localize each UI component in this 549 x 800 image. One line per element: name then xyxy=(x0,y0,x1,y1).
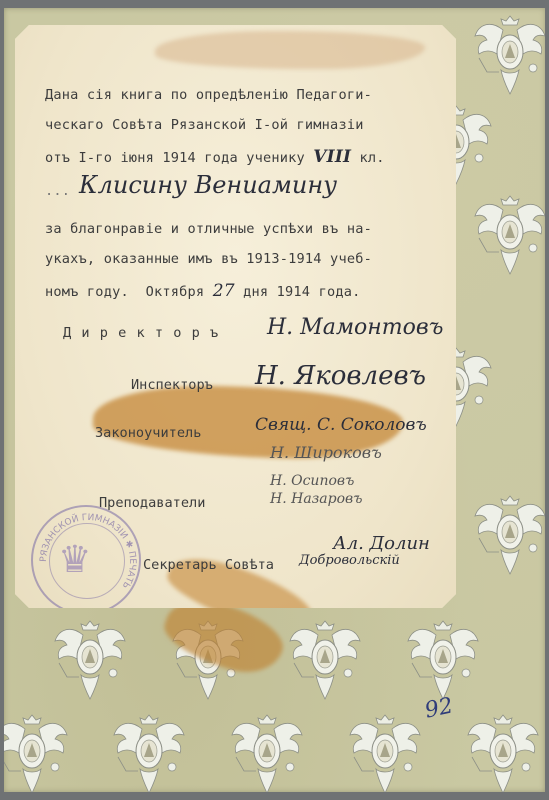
inspector-signature: Н. Яковлевъ xyxy=(255,361,426,391)
recipient-dots: ... xyxy=(45,183,70,199)
eagle-emblem-icon xyxy=(466,713,540,792)
archive-page-number: 92 xyxy=(423,693,456,723)
secretary-signature: Добровольскій xyxy=(299,553,400,568)
certificate-sheet: Дана сія книга по опредѣленію Педагоги- … xyxy=(15,25,456,608)
eagle-emblem-icon xyxy=(348,713,422,792)
teacher-signature-4: Ал. Долин xyxy=(333,533,430,554)
eagle-emblem-icon xyxy=(288,619,362,703)
date-prefix: номъ году. Октября xyxy=(45,284,213,300)
body-line-1: Дана сія книга по опредѣленію Педагоги- xyxy=(45,87,372,103)
teacher-signature-1: Н. Широковъ xyxy=(270,443,382,462)
teacher-signature-3: Н. Назаровъ xyxy=(270,491,363,507)
director-signature: Н. Мамонтовъ xyxy=(267,315,443,340)
chaplain-signature: Свящ. С. Соколовъ xyxy=(255,415,427,435)
body-line-6: номъ году. Октября 27 дня 1914 года. xyxy=(45,281,361,301)
teachers-label: Преподаватели xyxy=(99,495,205,511)
body-line-3-text: отъ І-го іюня 1914 года ученику xyxy=(45,150,313,166)
inspector-label: Инспекторъ xyxy=(131,377,213,393)
eagle-emblem-icon xyxy=(406,619,480,703)
eagle-emblem-icon xyxy=(230,713,304,792)
eagle-emblem-icon xyxy=(473,194,545,278)
director-label: Д и р е к т о р ъ xyxy=(63,325,219,341)
teacher-signature-2: Н. Осиповъ xyxy=(270,473,354,489)
date-suffix: дня 1914 года. xyxy=(235,284,361,300)
eagle-emblem-icon xyxy=(473,14,545,98)
eagle-emblem-icon xyxy=(112,713,186,792)
chaplain-label: Законоучитель xyxy=(95,425,201,441)
class-suffix: кл. xyxy=(351,150,385,166)
top-stain xyxy=(155,31,425,69)
recipient-name-handwritten: Клисину Вениамину xyxy=(79,171,337,199)
eagle-emblem-icon xyxy=(473,494,545,578)
day-handwritten: 27 xyxy=(213,281,235,301)
class-handwritten: VIII xyxy=(313,147,351,167)
seal-eagle-icon: ♛ xyxy=(61,529,89,583)
body-line-2: ческаго Совѣта Рязанской І-ой гимназіи xyxy=(45,117,364,133)
body-line-4: за благонравіе и отличные успѣхи въ на- xyxy=(45,221,372,237)
eagle-emblem-icon xyxy=(53,619,127,703)
body-line-3: отъ І-го іюня 1914 года ученику VIII кл. xyxy=(45,147,385,167)
body-line-5: укахъ, оказанные имъ въ 1913-1914 учеб- xyxy=(45,251,372,267)
decorative-endpaper: 92 Дана сія книга по опредѣленію Педагог… xyxy=(4,8,545,792)
gymnasium-seal: РЯЗАНСКОЙ ГИМНАЗІИ ✱ ПЕЧАТЬ ♛ xyxy=(31,505,141,615)
secretary-label: Секретарь Совѣта xyxy=(143,557,274,573)
eagle-emblem-icon xyxy=(4,713,69,792)
